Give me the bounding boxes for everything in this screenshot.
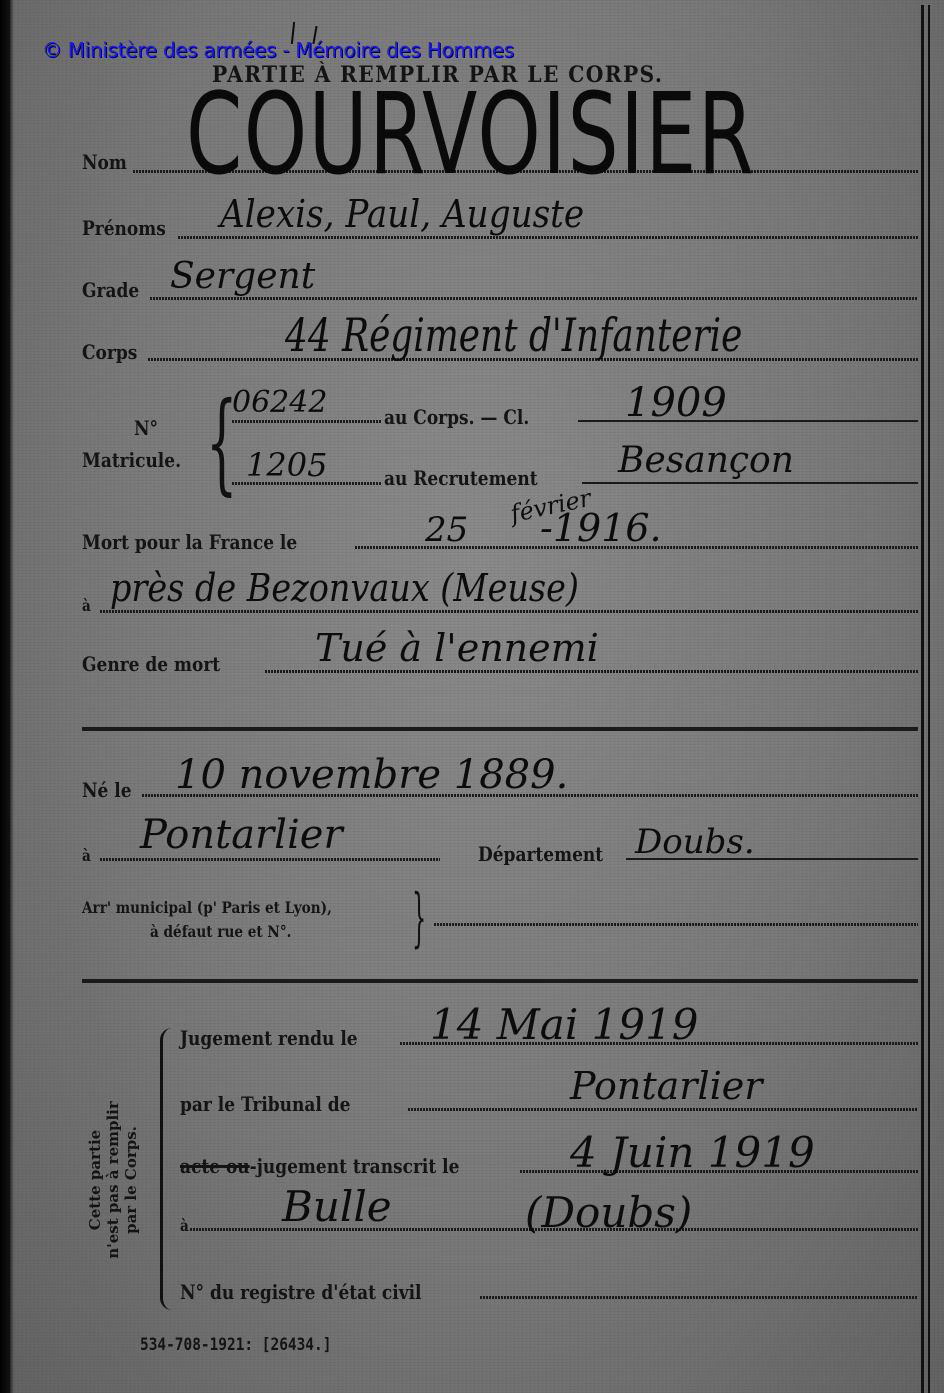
label-nom: Nom: [82, 150, 127, 174]
label-transcrit-struck: acte ou: [180, 1154, 250, 1178]
label-transcrit: acte ou-jugement transcrit le: [180, 1154, 459, 1178]
label-registre: N° du registre d'état civil: [180, 1280, 422, 1304]
side-note-line-1: Cette partie: [86, 1070, 104, 1290]
value-mort-a: près de Bezonvaux (Meuse): [110, 566, 579, 610]
value-ne-a: Pontarlier: [140, 812, 343, 858]
brace: }: [412, 888, 426, 948]
line: [582, 482, 918, 484]
card-border-right-inner: [928, 5, 930, 1393]
record-card: PARTIE À REMPLIR PAR LE CORPS. Nom COURV…: [10, 0, 944, 1393]
label-matricule-no: N°: [134, 416, 158, 440]
label-departement: Département: [478, 842, 603, 866]
label-jugement-rendu: Jugement rendu le: [180, 1026, 358, 1050]
print-reference: 534-708-1921: [26434.]: [140, 1335, 331, 1355]
section-divider: [82, 979, 918, 983]
value-transcrit-dept: (Doubs): [525, 1188, 692, 1237]
dotted-line: [434, 923, 918, 926]
label-transcrit-a: à: [180, 1216, 189, 1235]
dotted-line: [178, 236, 918, 239]
side-note-line-3: par le Corps.: [122, 1070, 140, 1290]
copyright-watermark: © Ministère des armées - Mémoire des Hom…: [42, 38, 514, 62]
value-departement: Doubs.: [635, 822, 755, 862]
side-note-line-2: n'est pas à remplir: [104, 1070, 122, 1290]
dotted-line: [100, 858, 440, 861]
value-transcrit-a: Bulle: [282, 1182, 392, 1231]
section-divider: [82, 727, 918, 731]
value-recrutement-place: Besançon: [618, 440, 794, 481]
label-au-recrutement: au Recrutement: [384, 466, 538, 490]
dotted-line: [480, 1296, 918, 1299]
dotted-line: [150, 297, 918, 300]
label-transcrit-text: -jugement transcrit le: [250, 1154, 460, 1178]
label-genre-de-mort: Genre de mort: [82, 652, 220, 676]
value-transcrit: 4 Juin 1919: [570, 1128, 815, 1177]
dotted-line: [232, 420, 382, 423]
label-grade: Grade: [82, 278, 139, 302]
value-mort-day: 25: [425, 510, 468, 550]
label-tribunal: par le Tribunal de: [180, 1092, 351, 1116]
label-ne-le: Né le: [82, 778, 132, 802]
label-arrondissement: Arr' municipal (p' Paris et Lyon),: [82, 898, 332, 917]
dotted-line: [408, 1108, 918, 1111]
value-prenoms: Alexis, Paul, Auguste: [220, 192, 584, 236]
value-classe: 1909: [625, 380, 727, 426]
value-matricule-recrutement: 1205: [246, 446, 327, 484]
label-ne-a: à: [82, 846, 91, 865]
value-tribunal: Pontarlier: [570, 1064, 762, 1108]
value-ne-le: 10 novembre 1889.: [175, 752, 568, 798]
label-mort-le: Mort pour la France le: [82, 530, 297, 554]
value-genre-de-mort: Tué à l'ennemi: [315, 626, 599, 670]
label-prenoms: Prénoms: [82, 216, 166, 240]
value-corps: 44 Régiment d'Infanterie: [285, 308, 742, 362]
value-nom: COURVOISIER: [186, 70, 755, 200]
label-arrondissement-2: à défaut rue et N°.: [150, 922, 291, 941]
value-mort-year: -1916.: [540, 506, 662, 550]
brace-line: [160, 1028, 173, 1310]
value-jugement-rendu: 14 Mai 1919: [430, 1000, 699, 1049]
value-grade: Sergent: [170, 256, 315, 297]
label-mort-a: à: [82, 596, 91, 615]
dotted-line: [265, 670, 918, 673]
dotted-line: [100, 610, 918, 613]
value-matricule-corps: 06242: [232, 385, 327, 420]
label-matricule: Matricule.: [82, 448, 181, 472]
scan-edge: [0, 0, 14, 1393]
label-corps: Corps: [82, 340, 137, 364]
label-au-corps: au Corps. — Cl.: [384, 405, 529, 429]
card-border-right: [921, 5, 924, 1393]
